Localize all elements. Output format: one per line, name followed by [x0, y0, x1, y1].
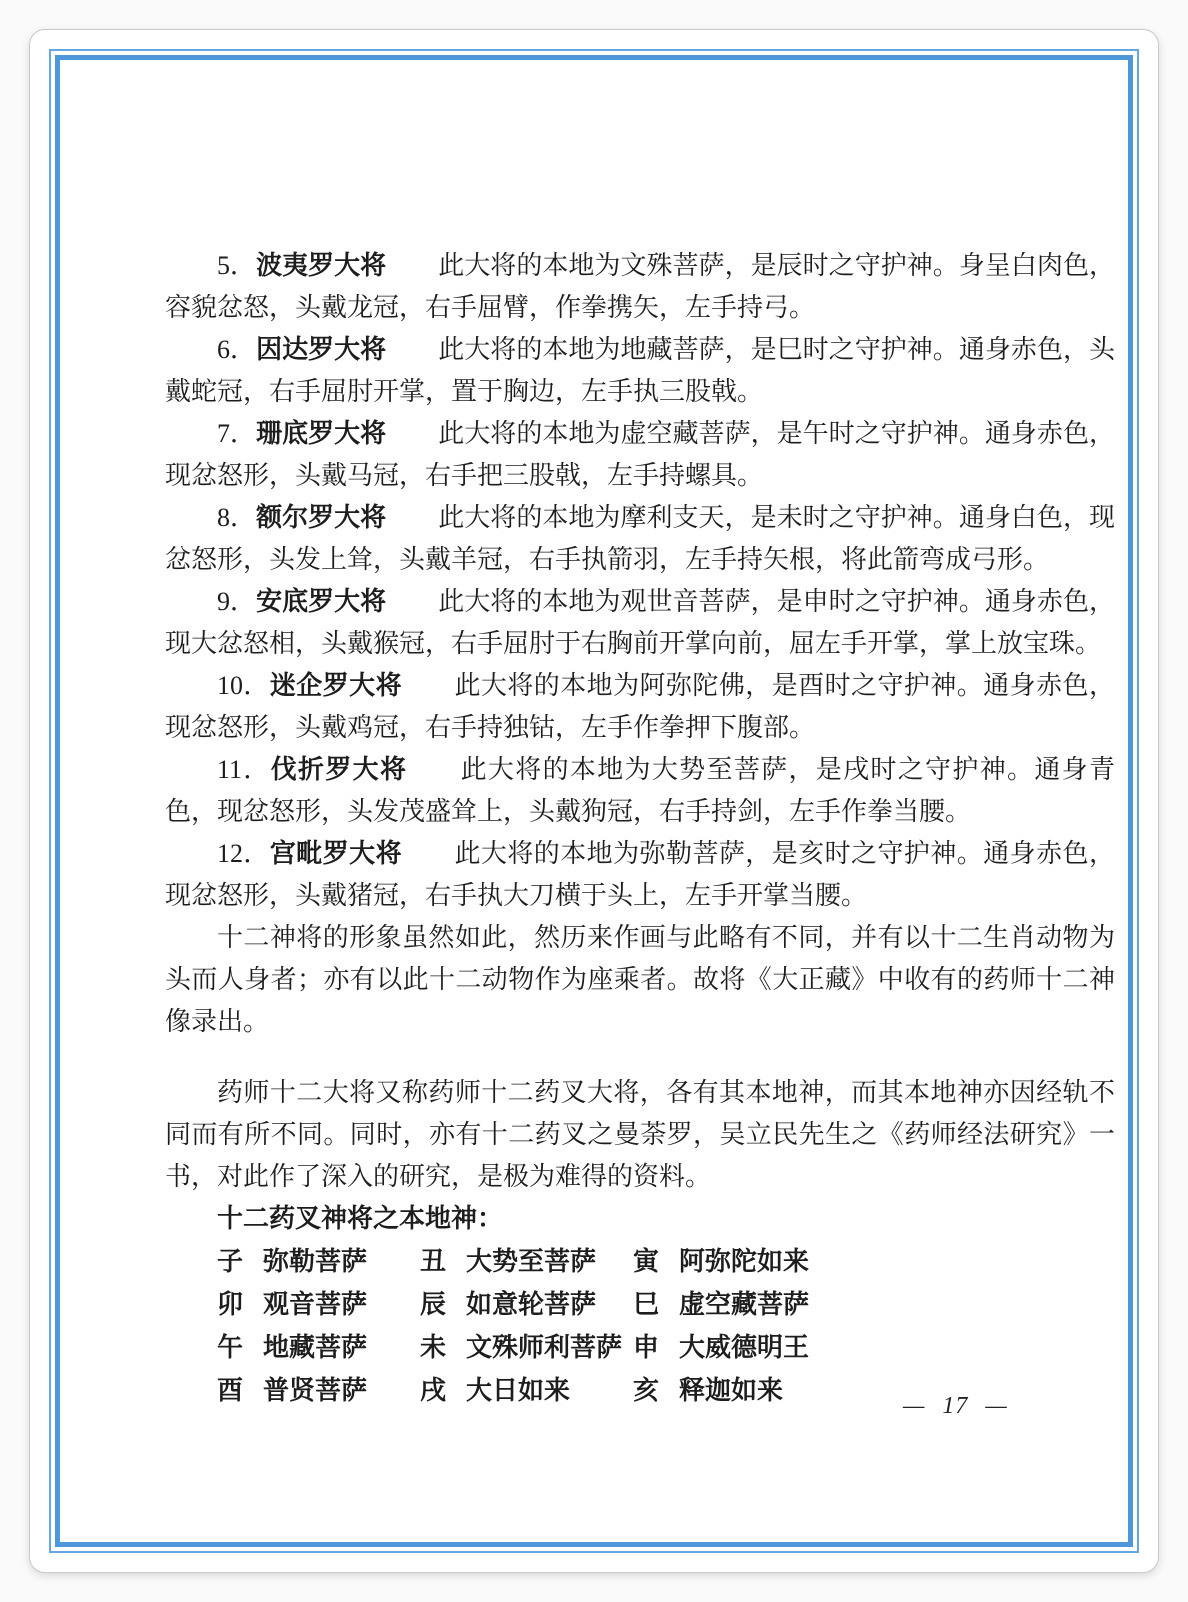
deity-name: 观音菩萨	[263, 1290, 367, 1319]
table-cell: 亥释迦如来	[633, 1369, 1115, 1412]
entry-general-10: 10．迷企罗大将此大将的本地为阿弥陀佛，是酉时之守护神。通身赤色，现忿怒形，头戴…	[165, 665, 1115, 749]
entry-general-9: 9．安底罗大将此大将的本地为观世音菩萨，是申时之守护神。通身赤色，现大忿怒相，头…	[165, 581, 1115, 665]
deity-name: 如意轮菩萨	[466, 1290, 596, 1319]
table-cell: 卯观音菩萨	[217, 1283, 420, 1326]
table-cell: 未文殊师利菩萨	[420, 1326, 633, 1369]
table-cell: 子弥勒菩萨	[217, 1240, 420, 1283]
general-name: 珊底罗大将	[256, 419, 386, 448]
table-cell: 戌大日如来	[420, 1369, 633, 1412]
table-cell: 酉普贤菩萨	[217, 1369, 420, 1412]
general-name: 额尔罗大将	[256, 503, 386, 532]
table-row: 午地藏菩萨 未文殊师利菩萨 申大威德明王	[217, 1326, 1115, 1369]
entry-number: 6．	[217, 335, 256, 364]
entry-general-6: 6．因达罗大将此大将的本地为地藏菩萨，是巳时之守护神。通身赤色，头戴蛇冠，右手屈…	[165, 329, 1115, 413]
entry-general-8: 8．额尔罗大将此大将的本地为摩利支天，是未时之守护神。通身白色，现忿怒形，头发上…	[165, 497, 1115, 581]
entry-number: 9．	[217, 587, 256, 616]
deity-name: 大日如来	[466, 1376, 570, 1405]
table-cell: 寅阿弥陀如来	[633, 1240, 1115, 1283]
table-cell: 申大威德明王	[633, 1326, 1115, 1369]
entry-general-5: 5．波夷罗大将此大将的本地为文殊菩萨，是辰时之守护神。身呈白肉色，容貌忿怒，头戴…	[165, 245, 1115, 329]
table-cell: 丑大势至菩萨	[420, 1240, 633, 1283]
general-name: 安底罗大将	[256, 587, 386, 616]
entry-general-11: 11．伐折罗大将此大将的本地为大势至菩萨，是戌时之守护神。通身青色，现忿怒形，头…	[165, 749, 1115, 833]
paragraph-twelve-generals-images: 十二神将的形象虽然如此，然历来作画与此略有不同，并有以十二生肖动物为头而人身者；…	[165, 917, 1115, 1043]
entry-number: 10．	[217, 671, 270, 700]
earthly-branch: 子	[217, 1247, 243, 1276]
earthly-branch: 巳	[633, 1290, 659, 1319]
earthly-branch: 亥	[633, 1376, 659, 1405]
page-content: 5．波夷罗大将此大将的本地为文殊菩萨，是辰时之守护神。身呈白肉色，容貌忿怒，头戴…	[165, 245, 1115, 1412]
deity-name: 大威德明王	[679, 1333, 809, 1362]
table-cell: 巳虚空藏菩萨	[633, 1283, 1115, 1326]
table-row: 子弥勒菩萨 丑大势至菩萨 寅阿弥陀如来	[217, 1240, 1115, 1283]
deity-name: 阿弥陀如来	[679, 1247, 809, 1276]
earthly-branch: 酉	[217, 1376, 243, 1405]
earthly-branch: 午	[217, 1333, 243, 1362]
general-name: 宫毗罗大将	[270, 839, 402, 868]
deity-name: 弥勒菩萨	[263, 1247, 367, 1276]
entry-general-12: 12．宫毗罗大将此大将的本地为弥勒菩萨，是亥时之守护神。通身赤色，现忿怒形，头戴…	[165, 833, 1115, 917]
earthly-branch: 申	[633, 1333, 659, 1362]
branch-deity-table: 子弥勒菩萨 丑大势至菩萨 寅阿弥陀如来 卯观音菩萨 辰如意轮菩萨 巳虚空藏菩萨 …	[165, 1240, 1115, 1412]
earthly-branch: 辰	[420, 1290, 446, 1319]
deity-name: 文殊师利菩萨	[466, 1333, 622, 1362]
table-cell: 午地藏菩萨	[217, 1326, 420, 1369]
earthly-branch: 戌	[420, 1376, 446, 1405]
earthly-branch: 丑	[420, 1247, 446, 1276]
earthly-branch: 未	[420, 1333, 446, 1362]
deity-name: 虚空藏菩萨	[679, 1290, 809, 1319]
entry-number: 7．	[217, 419, 256, 448]
entry-number: 8．	[217, 503, 256, 532]
general-name: 因达罗大将	[256, 335, 386, 364]
deity-name: 释迦如来	[679, 1376, 783, 1405]
deity-name: 普贤菩萨	[263, 1376, 367, 1405]
table-cell: 辰如意轮菩萨	[420, 1283, 633, 1326]
general-name: 伐折罗大将	[271, 755, 408, 784]
paragraph-yaksha-generals: 药师十二大将又称药师十二药叉大将，各有其本地神，而其本地神亦因经轨不同而有所不同…	[165, 1072, 1115, 1198]
table-row: 卯观音菩萨 辰如意轮菩萨 巳虚空藏菩萨	[217, 1283, 1115, 1326]
entry-number: 5．	[217, 251, 256, 280]
earthly-branch: 卯	[217, 1290, 243, 1319]
deity-name: 地藏菩萨	[263, 1333, 367, 1362]
table-heading: 十二药叉神将之本地神：	[165, 1198, 1115, 1240]
deity-name: 大势至菩萨	[466, 1247, 596, 1276]
entry-general-7: 7．珊底罗大将此大将的本地为虚空藏菩萨，是午时之守护神。通身赤色，现忿怒形，头戴…	[165, 413, 1115, 497]
general-name: 迷企罗大将	[270, 671, 402, 700]
entry-number: 11．	[217, 755, 271, 784]
entry-number: 12．	[217, 839, 270, 868]
page-number: — 17 —	[903, 1393, 1008, 1420]
general-name: 波夷罗大将	[256, 251, 386, 280]
book-page-scan: 5．波夷罗大将此大将的本地为文殊菩萨，是辰时之守护神。身呈白肉色，容貌忿怒，头戴…	[0, 0, 1188, 1602]
earthly-branch: 寅	[633, 1247, 659, 1276]
